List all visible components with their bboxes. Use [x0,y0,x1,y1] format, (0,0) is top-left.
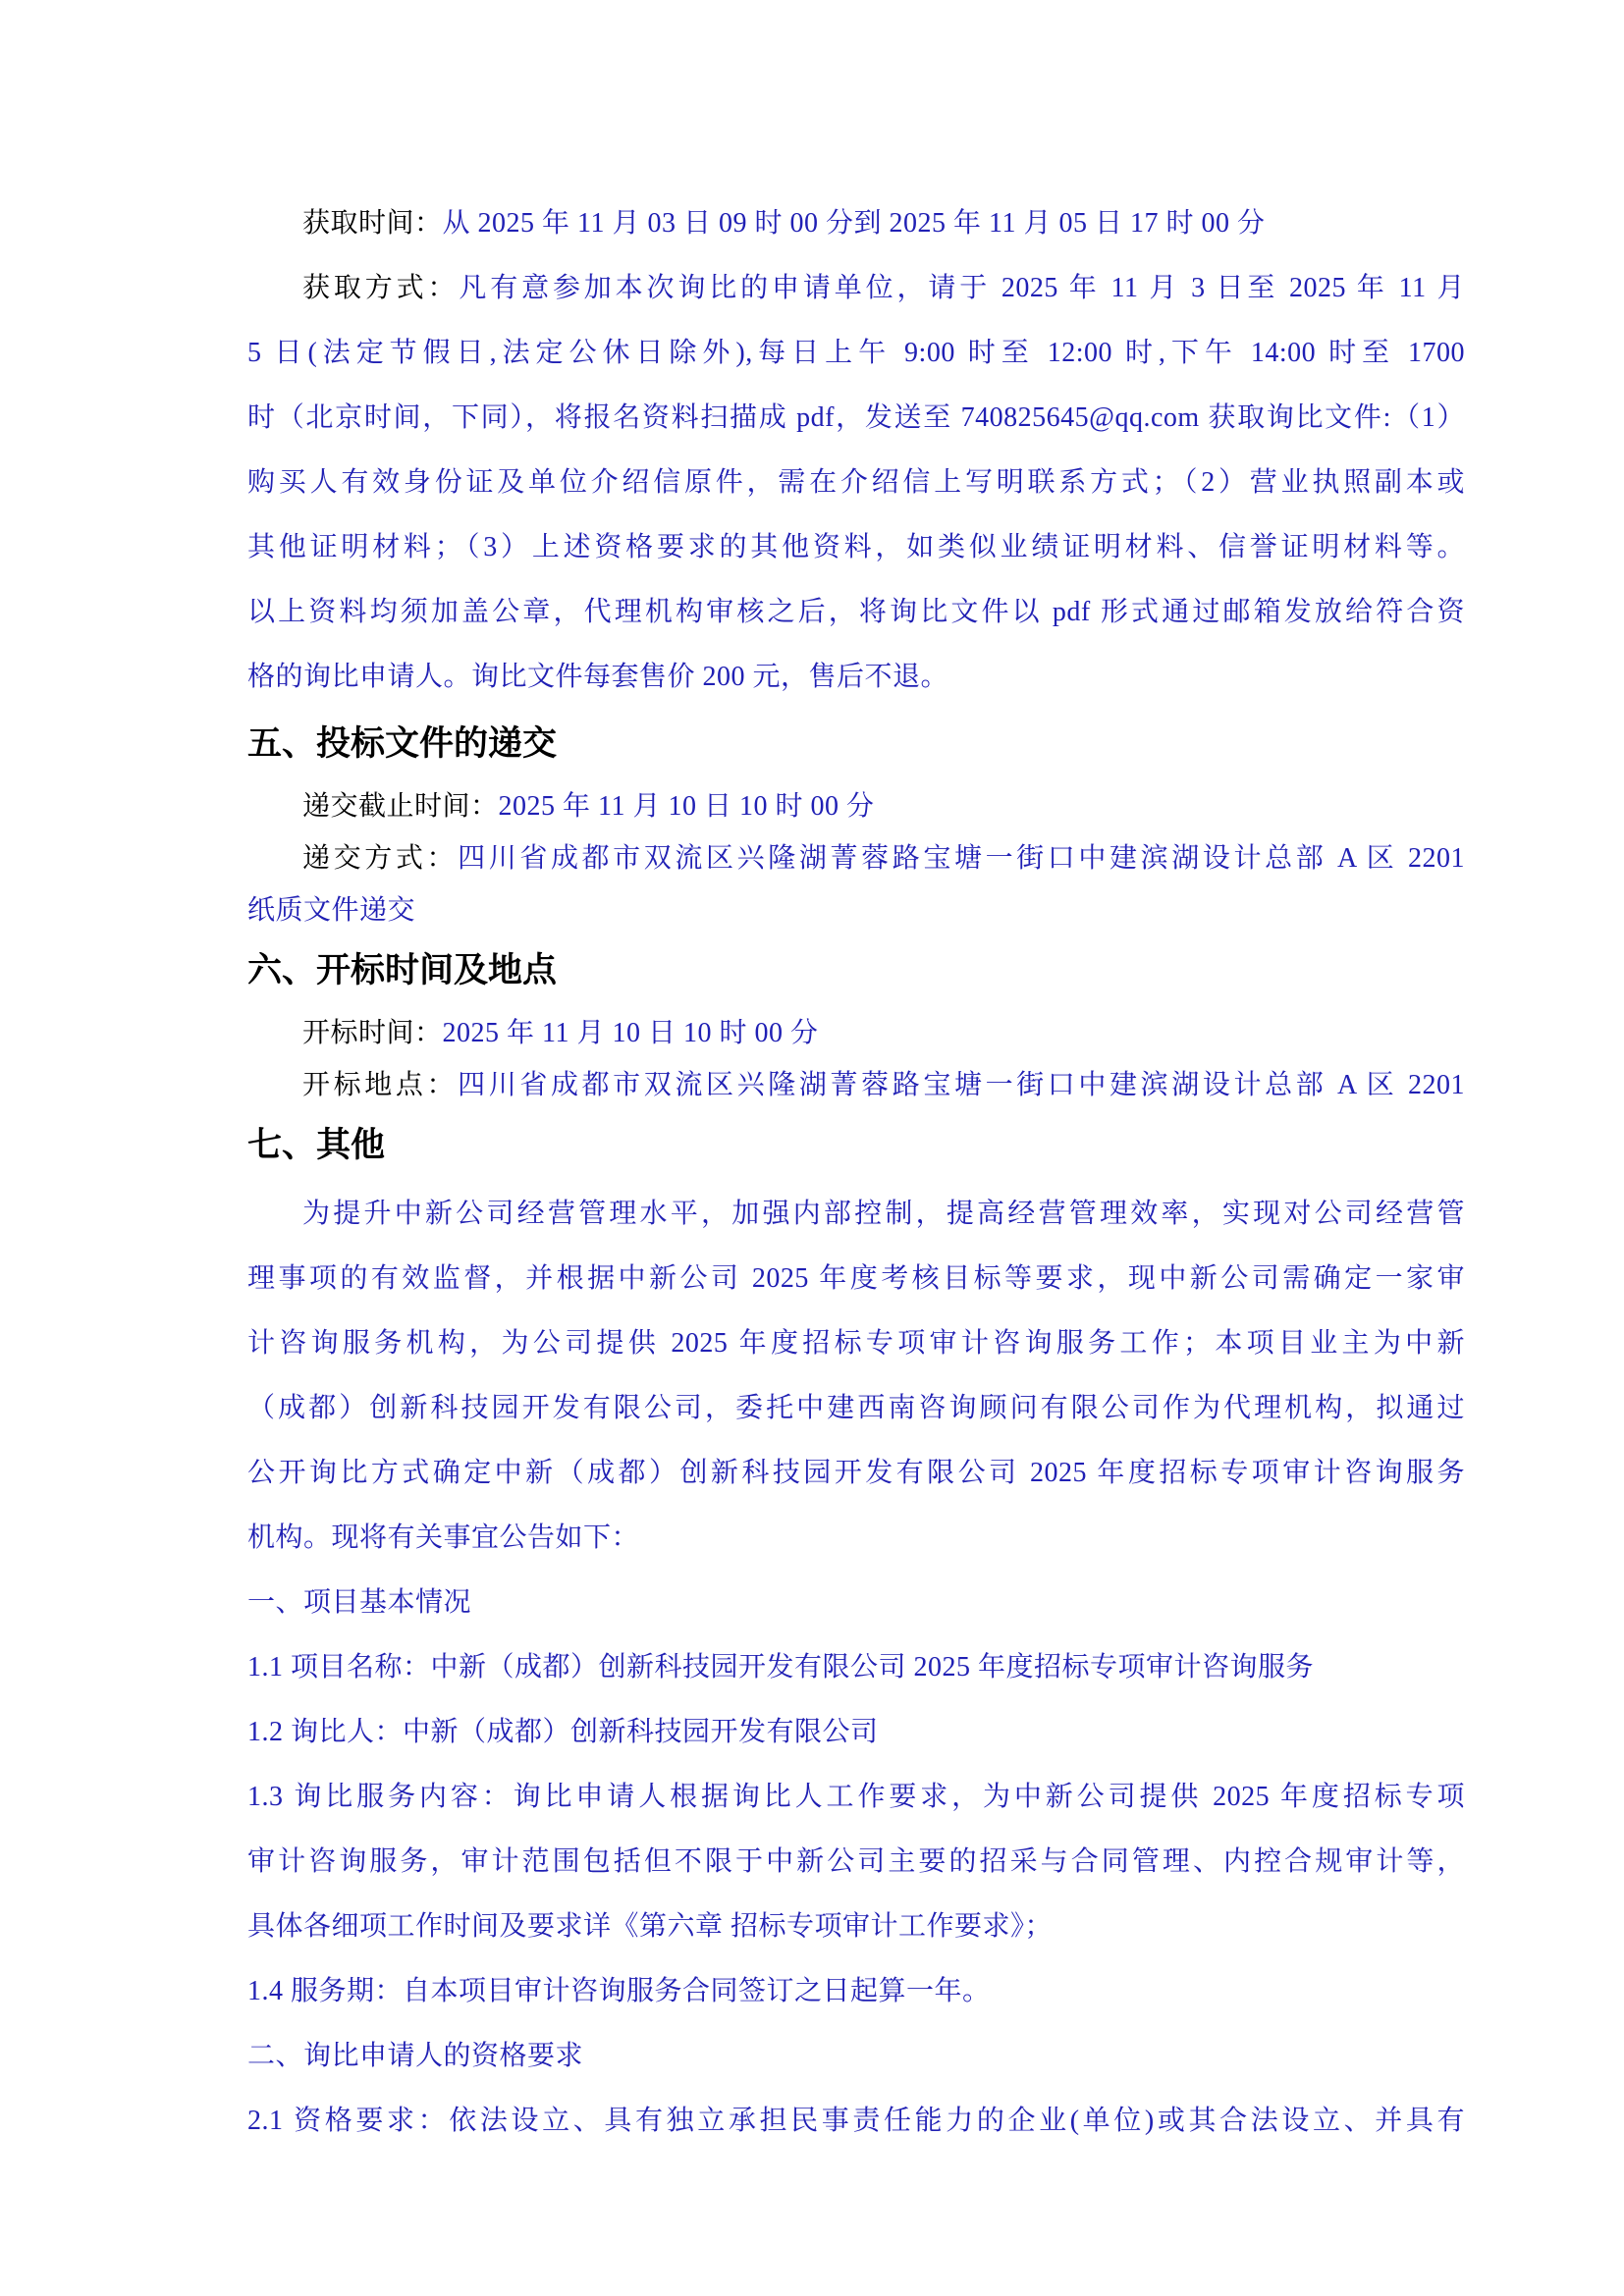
text-segment: 四川省成都市双流区兴隆湖菁蓉路宝塘一街口中建滨湖设计总部 A 区 2201 [458,1070,1465,1100]
text-segment: 具体各细项工作时间及要求详《第六章 招标专项审计工作要求》； [247,1911,1053,1942]
text-segment: 开标时间： [302,1018,443,1048]
section-heading: 七、其他 [247,1121,1465,1170]
text-line: 二、询比申请人的资格要求 [247,2024,1465,2089]
text-line: 1.4 服务期：自本项目审计咨询服务合同签订之日起算一年。 [247,1959,1465,2024]
text-segment: 5 日(法定节假日,法定公休日除外),每日上午 9:00 时至 12:00 时,… [247,338,1465,368]
text-line: （成都）创新科技园开发有限公司，委托中建西南咨询顾问有限公司作为代理机构，拟通过 [247,1376,1465,1441]
text-line: 1.2 询比人：中新（成都）创新科技园开发有限公司 [247,1700,1465,1765]
page-background: { "colors": { "background": "#ffffff", "… [0,0,1624,2296]
text-line: 开标地点：四川省成都市双流区兴隆湖菁蓉路宝塘一街口中建滨湖设计总部 A 区 22… [247,1059,1465,1111]
text-line: 获取方式：凡有意参加本次询比的申请单位，请于 2025 年 11 月 3 日至 … [247,256,1465,321]
text-segment: 1.1 项目名称：中新（成都）创新科技园开发有限公司 2025 年度招标专项审计… [247,1652,1314,1682]
text-line: 开标时间：2025 年 11 月 10 日 10 时 00 分 [247,1007,1465,1059]
text-segment: 机构。现将有关事宜公告如下： [247,1522,639,1553]
text-segment: 二、询比申请人的资格要求 [247,2041,583,2071]
text-line: 递交截止时间：2025 年 11 月 10 日 10 时 00 分 [247,780,1465,832]
text-line: 理事项的有效监督，并根据中新公司 2025 年度考核目标等要求，现中新公司需确定… [247,1247,1465,1311]
section-heading: 六、开标时间及地点 [247,946,1465,995]
text-line: 纸质文件递交 [247,884,1465,936]
document-body: 获取时间：从 2025 年 11 月 03 日 09 时 00 分到 2025 … [247,191,1465,2154]
text-line: 一、项目基本情况 [247,1571,1465,1635]
text-line: 1.1 项目名称：中新（成都）创新科技园开发有限公司 2025 年度招标专项审计… [247,1635,1465,1700]
text-line: 时（北京时间，下同），将报名资料扫描成 pdf，发送至 740825645@qq… [247,386,1465,451]
text-segment: 以上资料均须加盖公章，代理机构审核之后，将询比文件以 pdf 形式通过邮箱发放给… [247,597,1465,627]
text-segment: 递交截止时间： [302,791,499,822]
text-segment: 1.4 服务期：自本项目审计咨询服务合同签订之日起算一年。 [247,1976,991,2006]
text-line: 公开询比方式确定中新（成都）创新科技园开发有限公司 2025 年度招标专项审计咨… [247,1441,1465,1506]
text-line: 计咨询服务机构，为公司提供 2025 年度招标专项审计咨询服务工作；本项目业主为… [247,1311,1465,1376]
text-line: 审计咨询服务，审计范围包括但不限于中新公司主要的招采与合同管理、内控合规审计等， [247,1830,1465,1895]
text-segment: 公开询比方式确定中新（成都）创新科技园开发有限公司 2025 年度招标专项审计咨… [247,1458,1465,1488]
text-segment: 一、项目基本情况 [247,1587,471,1618]
text-segment: 递交方式： [302,843,458,874]
text-line: 其他证明材料；（3）上述资格要求的其他资料，如类似业绩证明材料、信誉证明材料等。 [247,515,1465,580]
text-segment: （成都）创新科技园开发有限公司，委托中建西南咨询顾问有限公司作为代理机构，拟通过 [247,1393,1465,1423]
text-line: 格的询比申请人。询比文件每套售价 200 元，售后不退。 [247,645,1465,710]
text-segment: 从 2025 年 11 月 03 日 09 时 00 分到 2025 年 11 … [443,208,1266,239]
text-line: 获取时间：从 2025 年 11 月 03 日 09 时 00 分到 2025 … [247,191,1465,256]
text-segment: 获取时间： [302,208,443,239]
text-segment: 获取方式： [302,273,459,303]
text-line: 1.3 询比服务内容：询比申请人根据询比人工作要求，为中新公司提供 2025 年… [247,1765,1465,1830]
text-line: 以上资料均须加盖公章，代理机构审核之后，将询比文件以 pdf 形式通过邮箱发放给… [247,580,1465,645]
text-line: 机构。现将有关事宜公告如下： [247,1506,1465,1571]
text-segment: 四川省成都市双流区兴隆湖菁蓉路宝塘一街口中建滨湖设计总部 A 区 2201 [458,843,1465,874]
text-line: 2.1 资格要求：依法设立、具有独立承担民事责任能力的企业(单位)或其合法设立、… [247,2089,1465,2154]
text-segment: 1.2 询比人：中新（成都）创新科技园开发有限公司 [247,1717,879,1747]
text-segment: 审计咨询服务，审计范围包括但不限于中新公司主要的招采与合同管理、内控合规审计等， [247,1846,1465,1877]
text-segment: 理事项的有效监督，并根据中新公司 2025 年度考核目标等要求，现中新公司需确定… [247,1263,1465,1294]
text-line: 为提升中新公司经营管理水平，加强内部控制，提高经营管理效率，实现对公司经营管 [247,1182,1465,1247]
text-line: 购买人有效身份证及单位介绍信原件，需在介绍信上写明联系方式；（2）营业执照副本或 [247,451,1465,515]
text-segment: 开标地点： [302,1070,458,1100]
text-segment: 凡有意参加本次询比的申请单位，请于 2025 年 11 月 3 日至 2025 … [459,273,1465,303]
text-segment: 1.3 询比服务内容：询比申请人根据询比人工作要求，为中新公司提供 2025 年… [247,1782,1465,1812]
text-segment: 纸质文件递交 [247,895,415,926]
text-line: 递交方式：四川省成都市双流区兴隆湖菁蓉路宝塘一街口中建滨湖设计总部 A 区 22… [247,832,1465,884]
document-page: 获取时间：从 2025 年 11 月 03 日 09 时 00 分到 2025 … [0,0,1624,2296]
text-segment: 购买人有效身份证及单位介绍信原件，需在介绍信上写明联系方式；（2）营业执照副本或 [247,467,1465,498]
text-segment: 格的询比申请人。询比文件每套售价 200 元，售后不退。 [247,662,948,692]
text-line: 具体各细项工作时间及要求详《第六章 招标专项审计工作要求》； [247,1895,1465,1959]
text-segment: 2025 年 11 月 10 日 10 时 00 分 [499,791,875,822]
section-heading: 五、投标文件的递交 [247,720,1465,769]
text-line: 5 日(法定节假日,法定公休日除外),每日上午 9:00 时至 12:00 时,… [247,321,1465,386]
text-segment: 为提升中新公司经营管理水平，加强内部控制，提高经营管理效率，实现对公司经营管 [302,1199,1465,1229]
text-segment: 2.1 资格要求：依法设立、具有独立承担民事责任能力的企业(单位)或其合法设立、… [247,2106,1465,2136]
text-segment: 时（北京时间，下同），将报名资料扫描成 pdf，发送至 740825645@qq… [247,402,1465,433]
text-segment: 其他证明材料；（3）上述资格要求的其他资料，如类似业绩证明材料、信誉证明材料等。 [247,532,1465,562]
text-segment: 2025 年 11 月 10 日 10 时 00 分 [443,1018,819,1048]
text-segment: 计咨询服务机构，为公司提供 2025 年度招标专项审计咨询服务工作；本项目业主为… [247,1328,1465,1359]
